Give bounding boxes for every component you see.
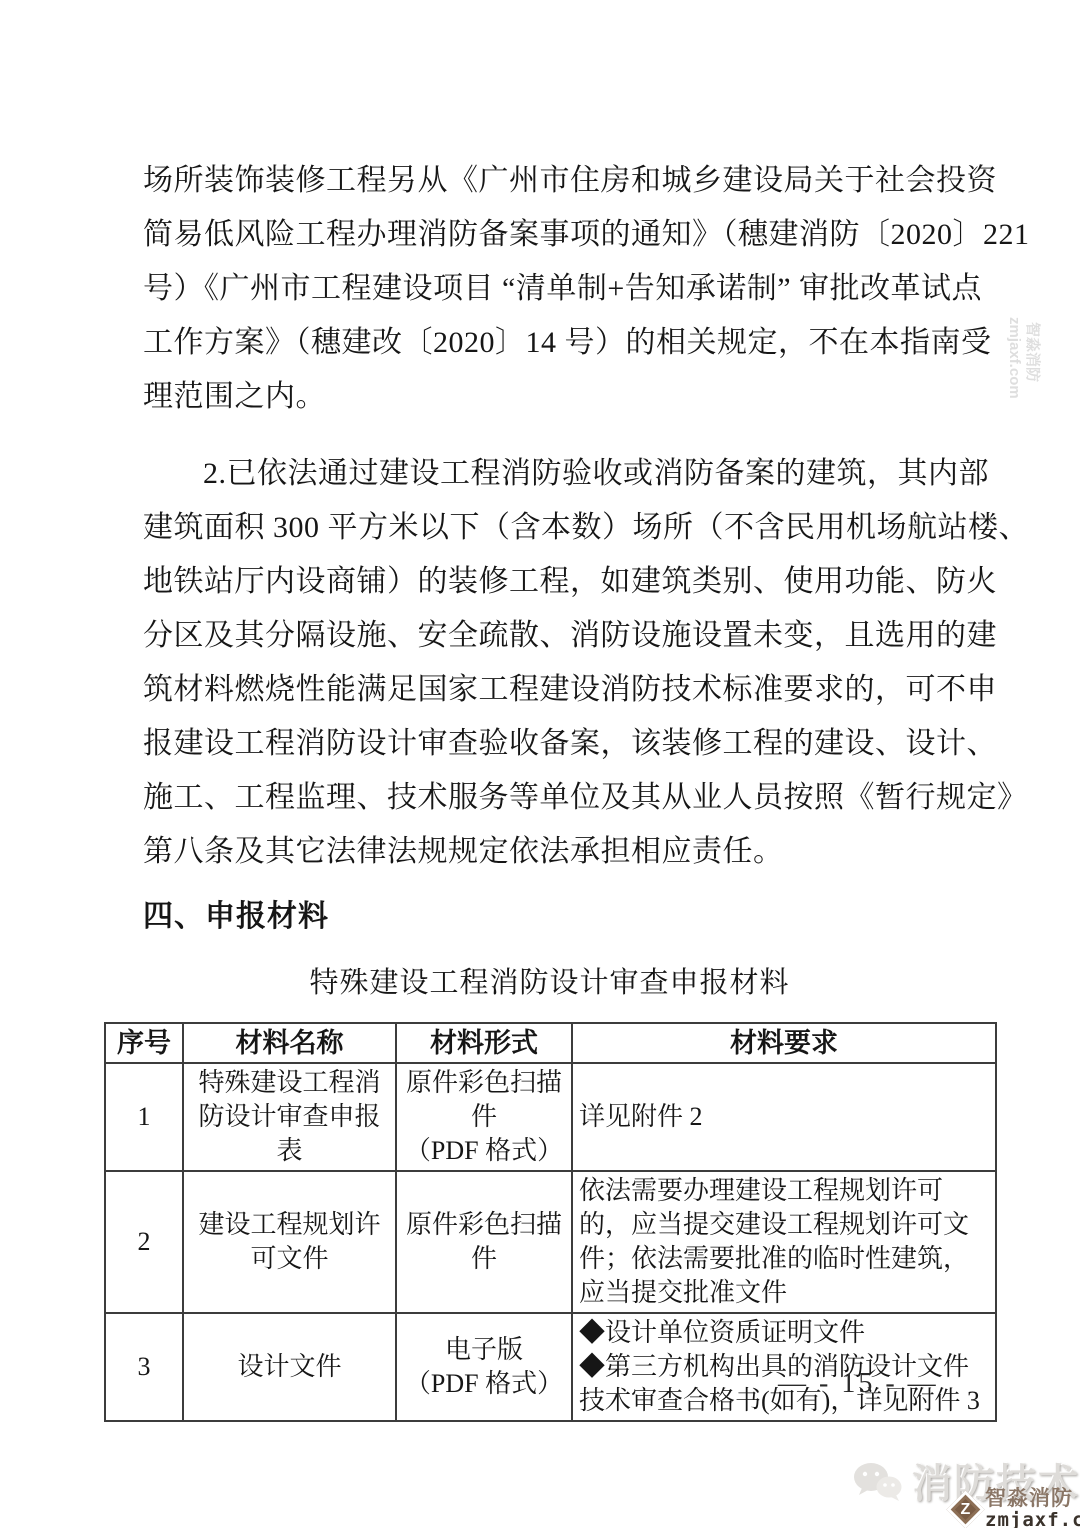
paragraph2-line: 报建设工程消防设计审查验收备案，该装修工程的建设、设计、 — [143, 717, 971, 771]
form-line: 原件彩色扫描件 — [403, 1066, 565, 1134]
paragraph1-line: 号）《广州市工程建设项目 “清单制+告知承诺制” 审批改革试点 — [143, 262, 971, 316]
wechat-icon — [852, 1460, 904, 1502]
header-cell-form: 材料形式 — [396, 1023, 572, 1063]
side-watermark-name: 智淼消防 — [1023, 317, 1041, 387]
side-watermark-domain: zmjaxf.com — [1005, 317, 1023, 387]
zhimiao-logo-letter: Z — [961, 1500, 971, 1518]
cell-requirement: 详见附件 2 — [572, 1063, 996, 1171]
paragraph1-line: 简易低风险工程办理消防备案事项的通知》（穗建消防〔2020〕221 — [143, 208, 971, 262]
table-title: 特殊建设工程消防设计审查申报材料 — [104, 963, 995, 1003]
header-cell-name: 材料名称 — [183, 1023, 396, 1063]
paragraph2-line: 筑材料燃烧性能满足国家工程建设消防技术标准要求的，可不申 — [143, 663, 971, 717]
paragraph1-line: 理范围之内。 — [143, 370, 971, 424]
form-line: 原件彩色扫描件 — [403, 1208, 565, 1276]
zhimiao-logo: Z — [946, 1490, 984, 1528]
cell-name: 设计文件 — [183, 1313, 396, 1421]
cell-form: 原件彩色扫描件 （PDF 格式） — [396, 1063, 572, 1171]
cell-requirement: ◆设计单位资质证明文件 ◆第三方机构出具的消防设计文件技术审查合格书(如有)，详… — [572, 1313, 996, 1421]
cell-no: 3 — [105, 1313, 183, 1421]
table-header-row: 序号 材料名称 材料形式 材料要求 — [105, 1023, 996, 1063]
page-number: — - 15 - — — [778, 1368, 939, 1400]
section-heading: 四、申报材料 — [143, 897, 329, 937]
cell-no: 1 — [105, 1063, 183, 1171]
paragraph2-line: 2.已依法通过建设工程消防验收或消防备案的建筑，其内部 — [143, 447, 971, 501]
paragraph2-line: 施工、工程监理、技术服务等单位及其从业人员按照《暂行规定》 — [143, 771, 971, 825]
form-line: （PDF 格式） — [403, 1367, 565, 1401]
paragraph-gap — [143, 424, 971, 447]
cell-form: 电子版 （PDF 格式） — [396, 1313, 572, 1421]
cell-form: 原件彩色扫描件 — [396, 1171, 572, 1313]
header-cell-no: 序号 — [105, 1023, 183, 1063]
brand-sub-name: 智淼消防 — [985, 1488, 1080, 1509]
paragraph2-line: 地铁站厅内设商铺）的装修工程，如建筑类别、使用功能、防火 — [143, 555, 971, 609]
requirement-bullet: ◆设计单位资质证明文件 — [579, 1316, 989, 1350]
paragraph1-line: 工作方案》（穗建改〔2020〕14 号）的相关规定，不在本指南受 — [143, 316, 971, 370]
table-row: 1 特殊建设工程消防设计审查申报表 原件彩色扫描件 （PDF 格式） 详见附件 … — [105, 1063, 996, 1171]
paragraph2-line: 第八条及其它法律法规规定依法承担相应责任。 — [143, 825, 971, 879]
table-row: 2 建设工程规划许可文件 原件彩色扫描件 依法需要办理建设工程规划许可的，应当提… — [105, 1171, 996, 1313]
cell-name: 特殊建设工程消防设计审查申报表 — [183, 1063, 396, 1171]
paragraph1-line: 场所装饰装修工程另从《广州市住房和城乡建设局关于社会投资 — [143, 154, 971, 208]
materials-table: 序号 材料名称 材料形式 材料要求 1 特殊建设工程消防设计审查申报表 原件彩色… — [104, 1022, 997, 1422]
brand-domain: zmjaxf.com — [985, 1511, 1080, 1528]
side-watermark: 智淼消防 zmjaxf.com — [1005, 317, 1041, 387]
body-text: 场所装饰装修工程另从《广州市住房和城乡建设局关于社会投资 简易低风险工程办理消防… — [143, 154, 971, 879]
cell-requirement: 依法需要办理建设工程规划许可的，应当提交建设工程规划许可文件；依法需要批准的临时… — [572, 1171, 996, 1313]
document-page: 场所装饰装修工程另从《广州市住房和城乡建设局关于社会投资 简易低风险工程办理消防… — [0, 0, 1080, 1528]
table-row: 3 设计文件 电子版 （PDF 格式） ◆设计单位资质证明文件 ◆第三方机构出具… — [105, 1313, 996, 1421]
brand-row-bottom: Z 智淼消防 zmjaxf.com — [952, 1488, 1080, 1528]
cell-no: 2 — [105, 1171, 183, 1313]
form-line: 电子版 — [403, 1333, 565, 1367]
paragraph2-line: 分区及其分隔设施、安全疏散、消防设施设置未变，且选用的建 — [143, 609, 971, 663]
cell-name: 建设工程规划许可文件 — [183, 1171, 396, 1313]
header-cell-requirement: 材料要求 — [572, 1023, 996, 1063]
paragraph2-line: 建筑面积 300 平方米以下（含本数）场所（不含民用机场航站楼、 — [143, 501, 971, 555]
form-line: （PDF 格式） — [403, 1134, 565, 1168]
